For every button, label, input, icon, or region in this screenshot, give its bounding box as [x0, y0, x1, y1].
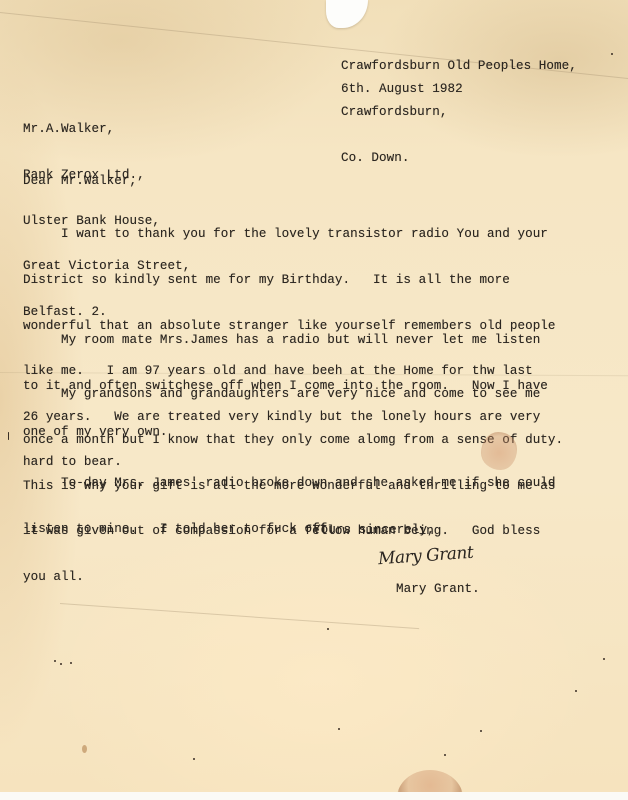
- sender-address-line: Co. Down.: [341, 151, 577, 166]
- paper-speck: [603, 658, 605, 660]
- sender-address-line: Crawfordsburn,: [341, 105, 577, 120]
- coffee-stain: [397, 770, 463, 792]
- body-line: My room mate Mrs.James has a radio but w…: [23, 333, 623, 348]
- closing: Yours sincerely,: [313, 523, 435, 538]
- sender-address-line: Crawfordsburn Old Peoples Home,: [341, 59, 577, 74]
- paper-speck: [480, 730, 482, 732]
- letter-paper: Crawfordsburn Old Peoples Home, Crawford…: [0, 0, 628, 792]
- letter-date: 6th. August 1982: [341, 82, 463, 97]
- coffee-stain: [481, 432, 517, 470]
- paper-speck: [575, 690, 577, 692]
- body-line: To-day Mrs. James' radio broke down and …: [23, 476, 623, 491]
- recipient-address-line: Mr.A.Walker,: [23, 122, 190, 137]
- page-margin: [0, 792, 628, 800]
- paper-speck: [70, 662, 72, 664]
- paper-speck: [444, 754, 446, 756]
- paper-speck: [338, 728, 340, 730]
- body-line: District so kindly sent me for my Birthd…: [23, 273, 623, 288]
- body-line: I want to thank you for the lovely trans…: [23, 227, 623, 242]
- paper-speck: [327, 628, 329, 630]
- sender-address: Crawfordsburn Old Peoples Home, Crawford…: [341, 29, 577, 196]
- body-line: My grandsons and grandaughters are very …: [23, 387, 623, 402]
- paper-speck: [60, 663, 62, 665]
- body-line: you all.: [23, 570, 623, 585]
- paper-mark: [8, 432, 9, 440]
- typed-signature-name: Mary Grant.: [396, 582, 480, 597]
- paper-stain-spot: [82, 745, 87, 753]
- salutation: Dear Mr.Walker,: [23, 174, 137, 189]
- paper-speck: [193, 758, 195, 760]
- paper-speck: [54, 660, 56, 662]
- paper-tear: [326, 0, 368, 28]
- paper-speck: [611, 53, 613, 55]
- body-paragraph: To-day Mrs. James' radio broke down and …: [23, 446, 623, 568]
